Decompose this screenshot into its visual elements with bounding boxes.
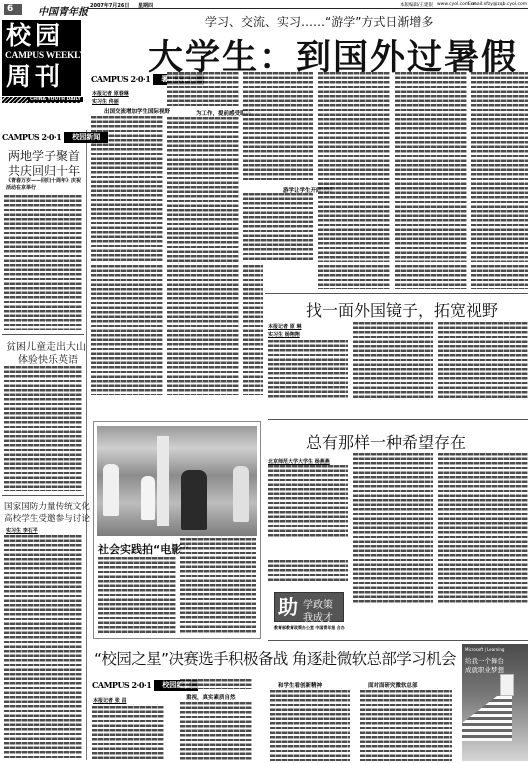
door-icon — [500, 674, 514, 696]
tagline: CHINA YOUTH DAILY — [28, 97, 83, 102]
upper-section-bottom-rule — [268, 640, 528, 641]
section-title-en: CAMPUS WEEKLY — [5, 51, 86, 61]
microsoft-ad-line-2: 成就职业梦想 — [465, 665, 504, 674]
lead-text-col-2 — [167, 72, 239, 106]
section-title-2: 周刊 — [6, 63, 64, 90]
microsoft-ad-brand: Microsoft | Learning — [465, 647, 504, 652]
lead-text-col-3b — [243, 193, 313, 262]
bottom-headline: “校园之星”决赛选手积极备战 角逐赴微软总部学习机会 — [94, 647, 456, 669]
lead-text-low-3 — [243, 265, 263, 395]
stairs-icon — [462, 696, 512, 741]
story2-text — [4, 366, 82, 491]
mirror-byline-1: 本报记者 原 琳 — [268, 323, 301, 330]
bottom-subhead-1: 重视，真实素质自然 — [186, 693, 236, 701]
lead-text-low-4 — [318, 265, 390, 289]
campus-logo-bottom: CAMPUS 2·0·1 — [92, 680, 154, 690]
bottom-text-col-2 — [180, 702, 252, 761]
email: E-mail:xfzy@zqb.cyol.com — [468, 2, 527, 7]
lead-text-col-5 — [395, 72, 467, 262]
mirror-text-col-2 — [353, 322, 433, 398]
lead-text-col-2b — [167, 117, 239, 262]
bottom-text-col-1 — [92, 706, 164, 761]
news-photo — [97, 426, 257, 536]
lead-text-col-3 — [243, 72, 313, 182]
bottom-subhead-3: 面对面研究微软总部 — [368, 681, 418, 689]
story1-text — [4, 195, 82, 330]
policy-ad-footer: 教育部教育政策办公室 中国青年报 合办 — [274, 625, 345, 631]
lead-bottom-rule — [265, 293, 528, 294]
lead-text-low-2 — [167, 265, 239, 395]
photo-person-3 — [181, 470, 207, 530]
story3-headline-2: 高校学生受邀参与讨论 — [4, 512, 90, 524]
policy-ad-box: 助 学政策 我成才 — [274, 592, 344, 622]
hope-text-col-1 — [268, 465, 348, 537]
lead-byline-2: 实习生 佟丽 — [92, 98, 119, 105]
story2-headline-2: 体验快乐英语 — [18, 351, 78, 366]
bottom-byline: 本报记者 张 昌 — [93, 697, 126, 704]
microsoft-ad: Microsoft | Learning 给我一个舞台 成就职业梦想 — [462, 644, 528, 761]
campus-logo: CAMPUS 2·0·1 — [91, 74, 153, 84]
left-rule-1 — [2, 334, 84, 335]
microsoft-ad-line-1: 给我一个舞台 — [465, 656, 504, 665]
lead-kicker: 学习、交流、实习……“游学”方式日渐增多 — [205, 13, 433, 30]
section-masthead: 校园 CAMPUS WEEKLY 周刊 — [2, 20, 81, 96]
mirror-text-col-1 — [268, 340, 348, 398]
bottom-subhead-2: 和学生看创新精神 — [278, 681, 322, 689]
photo-pillar — [157, 436, 169, 526]
policy-ad-line-2: 我成才 — [303, 609, 333, 624]
issue-weekday: 星期四 — [138, 2, 153, 9]
lead-byline-1: 本报记者 原春琳 — [92, 90, 129, 97]
left-column-label: CAMPUS 2·0·1 校园新闻 — [2, 131, 108, 143]
bottom-text-col-2a — [180, 679, 252, 689]
lead-text-low-5 — [395, 265, 467, 289]
issue-date: 2007年7月26日 — [90, 2, 129, 9]
hope-text-col-3 — [438, 453, 528, 603]
left-column-tag: 校园新闻 — [64, 132, 108, 143]
left-rule-2 — [2, 495, 84, 496]
photo-person-2 — [141, 476, 155, 520]
story3-headline-1: 国家国防力量传统文化 — [4, 500, 90, 512]
left-column-divider — [86, 130, 87, 760]
photo-text-col-1 — [98, 557, 176, 635]
help-character-icon: 助 — [278, 595, 298, 619]
lead-text-low-1 — [91, 265, 163, 395]
lead-text-col-6 — [471, 72, 528, 262]
mirror-headline: 找一面外国镜子，拓宽视野 — [306, 298, 498, 321]
bottom-text-col-3 — [270, 690, 350, 761]
story1-deck: 《青春万岁——回归十周年》庆祝活动在京举行 — [6, 178, 84, 192]
hope-headline: 总有那样一种希望存在 — [306, 430, 466, 453]
story3-text — [4, 535, 82, 760]
lead-subhead-1: 出国交流增加学生国际视野 — [104, 107, 170, 115]
photo-person-1 — [103, 464, 119, 516]
mirror-bottom-rule — [268, 419, 528, 420]
lead-text-col-4 — [318, 72, 390, 262]
editor-line: 本版编辑/王建银 — [400, 2, 433, 8]
section-title-1: 校园 — [6, 22, 64, 49]
hope-text-col-2 — [353, 453, 433, 603]
page-number: 6 — [7, 4, 13, 14]
campus-logo-left: CAMPUS 2·0·1 — [2, 132, 64, 142]
mirror-text-col-3 — [438, 322, 528, 398]
bottom-text-col-4 — [360, 690, 452, 761]
photo-story-headline: 社会实践拍“电影” — [98, 541, 189, 557]
newspaper-logo: 中国青年报 — [38, 3, 88, 18]
header-rule — [88, 8, 528, 9]
hope-text-col-1b — [268, 560, 348, 582]
hope-byline: 北京师范大学大学生 杨燕燕 — [268, 458, 330, 465]
mirror-byline-2: 实习生 杨翔翔 — [268, 331, 300, 338]
page-number-box: 6 — [4, 4, 22, 15]
story1-headline-2: 共庆回归十年 — [8, 162, 80, 179]
photo-text-col-2 — [180, 538, 256, 634]
photo-person-4 — [233, 466, 249, 522]
lead-text-low-6 — [471, 265, 528, 289]
story3-byline: 实习生 李石平 — [6, 527, 38, 534]
